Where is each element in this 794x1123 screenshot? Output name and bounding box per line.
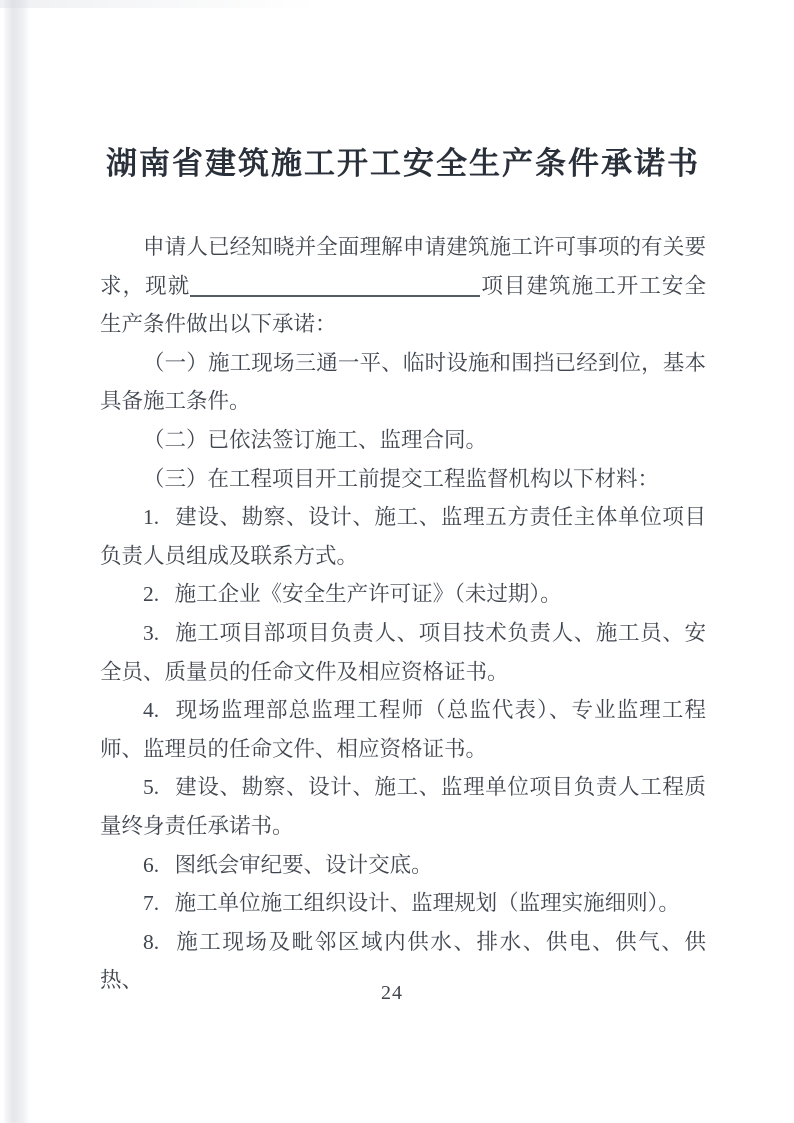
- fill-in-blank-line: [190, 290, 480, 297]
- material-item-5: 5.建设、勘察、设计、施工、监理单位项目负责人工程质量终身责任承诺书。: [100, 768, 706, 845]
- material-item-1: 1.建设、勘察、设计、施工、监理五方责任主体单位项目负责人员组成及联系方式。: [100, 498, 706, 575]
- document-page: 湖南省建筑施工开工安全生产条件承诺书 申请人已经知晓并全面理解申请建筑施工许可事…: [0, 0, 794, 1123]
- material-text-7: 施工单位施工组织设计、监理规划（监理实施细则）。: [175, 891, 680, 915]
- intro-paragraph: 申请人已经知晓并全面理解申请建筑施工许可事项的有关要求，现就项目建筑施工开工安全…: [100, 228, 706, 344]
- page-number: 24: [0, 982, 784, 1005]
- material-text-4: 现场监理部总监理工程师（总监代表）、专业监理工程师、监理员的任命文件、相应资格证…: [100, 698, 706, 761]
- material-item-6: 6.图纸会审纪要、设计交底。: [100, 846, 706, 885]
- material-item-4: 4.现场监理部总监理工程师（总监代表）、专业监理工程师、监理员的任命文件、相应资…: [100, 691, 706, 768]
- material-text-6: 图纸会审纪要、设计交底。: [175, 853, 433, 877]
- material-text-3: 施工项目部项目负责人、项目技术负责人、施工员、安全员、质量员的任命文件及相应资格…: [100, 621, 706, 684]
- material-number-4: 4.: [143, 698, 159, 722]
- material-text-5: 建设、勘察、设计、施工、监理单位项目负责人工程质量终身责任承诺书。: [100, 775, 706, 838]
- clause-item-2: （二）已依法签订施工、监理合同。: [100, 421, 706, 460]
- material-number-3: 3.: [143, 621, 159, 645]
- material-number-6: 6.: [143, 853, 159, 877]
- material-number-7: 7.: [143, 891, 159, 915]
- material-number-8: 8.: [143, 930, 159, 954]
- material-item-2: 2.施工企业《安全生产许可证》（未过期）。: [100, 575, 706, 614]
- clause-item-3: （三）在工程项目开工前提交工程监督机构以下材料：: [100, 460, 706, 499]
- material-item-7: 7.施工单位施工组织设计、监理规划（监理实施细则）。: [100, 884, 706, 923]
- clause-item-1: （一）施工现场三通一平、临时设施和围挡已经到位，基本具备施工条件。: [100, 344, 706, 421]
- material-text-2: 施工企业《安全生产许可证》（未过期）。: [175, 582, 562, 606]
- material-number-2: 2.: [143, 582, 159, 606]
- intro-text-after-blank: 项目建筑施工开工安全生产条件做出以下承诺：: [100, 274, 706, 337]
- material-item-3: 3.施工项目部项目负责人、项目技术负责人、施工员、安全员、质量员的任命文件及相应…: [100, 614, 706, 691]
- material-number-1: 1.: [143, 505, 159, 529]
- material-number-5: 5.: [143, 775, 159, 799]
- document-title: 湖南省建筑施工开工安全生产条件承诺书: [100, 146, 706, 182]
- scan-edge-top-shadow: [0, 0, 318, 8]
- document-body: 申请人已经知晓并全面理解申请建筑施工许可事项的有关要求，现就项目建筑施工开工安全…: [100, 228, 706, 1000]
- material-text-1: 建设、勘察、设计、施工、监理五方责任主体单位项目负责人员组成及联系方式。: [100, 505, 706, 568]
- scan-edge-shadow: [4, 0, 30, 1123]
